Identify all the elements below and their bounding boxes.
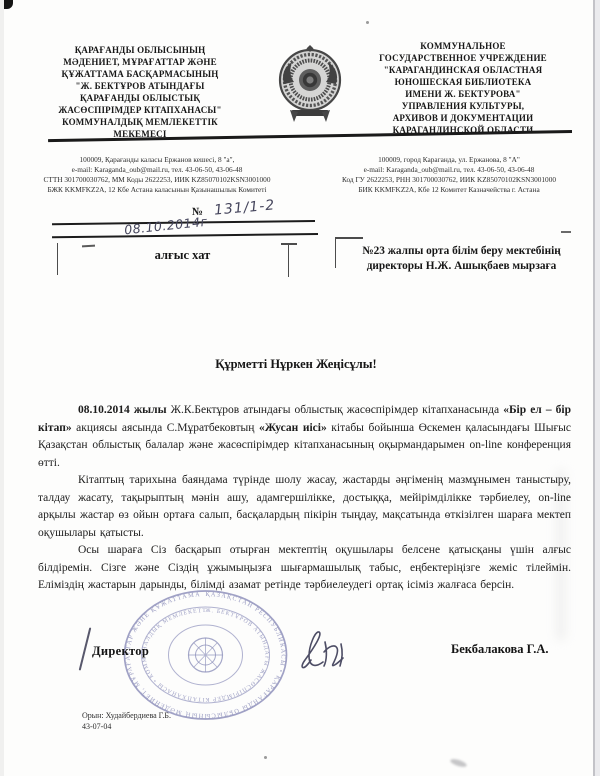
signer-title: Директор xyxy=(92,644,149,659)
handwritten-signature xyxy=(297,622,361,680)
contact-line: Код ГУ 2622253, РНН 301700030762, ИИК KZ… xyxy=(305,175,593,185)
fold-mark xyxy=(561,231,571,233)
contact-line: БЖК KKMFKZ2A, 12 Кбе Астана каласынын Қа… xyxy=(12,185,302,195)
contact-line: e-mail: Karaganda_oub@mail.ru, тел. 43-0… xyxy=(12,165,302,175)
org-line: КОММУНАЛДЫҚ МЕМЛЕКЕТТІК xyxy=(28,116,252,128)
org-line: ГОСУДАРСТВЕННОЕ УЧРЕЖДЕНИЕ xyxy=(348,52,578,64)
executor-block: Орын: Худайбердиева Г.Б. 43-07-04 xyxy=(82,710,171,732)
org-line: ҚҰЖАТТАМА БАСҚАРМАСЫНЫҢ xyxy=(28,68,252,80)
scan-smudge xyxy=(449,758,467,769)
document-type-title: алғыс хат xyxy=(50,248,315,263)
scan-left-edge xyxy=(0,0,4,776)
contact-line: e-mail: Karaganda_oub@mail.ru, тел. 43-0… xyxy=(305,165,593,175)
org-line: ҚАРАҒАНДЫ ОБЛЫСЫНЫҢ xyxy=(28,44,252,56)
paragraph-2: Кітаптың тарихына баяндама түрінде шолу … xyxy=(38,472,571,542)
contact-line: 100009, город Караганда, ул. Ержанова, 8… xyxy=(305,155,593,165)
contact-info-kazakh: 100009, Қарағанды каласы Ержанов кешесі,… xyxy=(12,155,302,195)
paragraph-1: 08.10.2014 жылы Ж.К.Бектұров атындағы об… xyxy=(38,402,571,472)
bold-date: 08.10.2014 жылы xyxy=(78,404,171,416)
recipient-block: №23 жалпы орта білім беру мектебінің дир… xyxy=(343,244,580,274)
signer-name: Бекбалакова Г.А. xyxy=(451,642,549,657)
letter-body: 08.10.2014 жылы Ж.К.Бектұров атындағы об… xyxy=(38,402,571,595)
org-line: УПРАВЛЕНИЯ КУЛЬТУРЫ, xyxy=(348,100,578,112)
scan-right-edge xyxy=(595,0,600,776)
fold-mark xyxy=(281,243,297,245)
recipient-line: №23 жалпы орта білім беру мектебінің xyxy=(343,244,580,259)
org-name-kazakh: ҚАРАҒАНДЫ ОБЛЫСЫНЫҢ МӘДЕНИЕТ, МҰРАҒАТТАР… xyxy=(28,44,252,140)
bold-book-title: «Жусан иісі» xyxy=(259,422,331,434)
fold-mark xyxy=(82,245,95,248)
recipient-corner-mark xyxy=(335,237,336,268)
salutation: Құрметті Нұркен Жеңісұлы! xyxy=(0,357,592,372)
executor-phone: 43-07-04 xyxy=(82,721,171,732)
contact-line: БИК KKMFKZ2A, Кбе 12 Комитет Казначейств… xyxy=(305,185,593,195)
org-line: АРХИВОВ И ДОКУМЕНТАЦИИ xyxy=(348,112,578,124)
org-line: КОММУНАЛЬНОЕ xyxy=(348,40,578,52)
org-line: "КАРАГАНДИНСКАЯ ОБЛАСТНАЯ xyxy=(348,64,578,76)
contact-info-russian: 100009, город Караганда, ул. Ержанова, 8… xyxy=(305,155,593,195)
org-line: "Ж. БЕКТҰРОВ АТЫНДАҒЫ xyxy=(28,80,252,92)
org-line: ЮНОШЕСКАЯ БИБЛИОТЕКА xyxy=(348,76,578,88)
scan-speck xyxy=(366,21,369,24)
org-name-russian: КОММУНАЛЬНОЕ ГОСУДАРСТВЕННОЕ УЧРЕЖДЕНИЕ … xyxy=(348,40,578,136)
executor-name: Орын: Худайбердиева Г.Б. xyxy=(82,710,171,721)
org-line: ИМЕНИ Ж. БЕКТУРОВА" xyxy=(348,88,578,100)
contact-line: СТТН 301700030762, ММ Коды 2622253, ИИК … xyxy=(12,175,302,185)
contact-line: 100009, Қарағанды каласы Ержанов кешесі,… xyxy=(12,155,302,165)
org-line: МӘДЕНИЕТ, МҰРАҒАТТАР ЖӘНЕ xyxy=(28,56,252,68)
org-line: ЖАСӨСПІРІМДЕР КІТАПХАНАСЫ" xyxy=(28,104,252,116)
scanned-letter-page: ҚАРАҒАНДЫ ОБЛЫСЫНЫҢ МӘДЕНИЕТ, МҰРАҒАТТАР… xyxy=(0,0,600,776)
org-line: ҚАРАҒАНДЫ ОБЛЫСТЫҚ xyxy=(28,92,252,104)
pen-stroke xyxy=(79,627,91,670)
handwritten-number: 131/1-2 xyxy=(213,197,275,218)
recipient-corner-mark xyxy=(335,237,363,239)
date-rule xyxy=(52,233,318,238)
recipient-line: директоры Н.Ж. Ашықбаев мырзаға xyxy=(343,259,580,274)
kazakhstan-emblem-icon xyxy=(278,44,342,128)
scan-speck xyxy=(264,756,267,759)
